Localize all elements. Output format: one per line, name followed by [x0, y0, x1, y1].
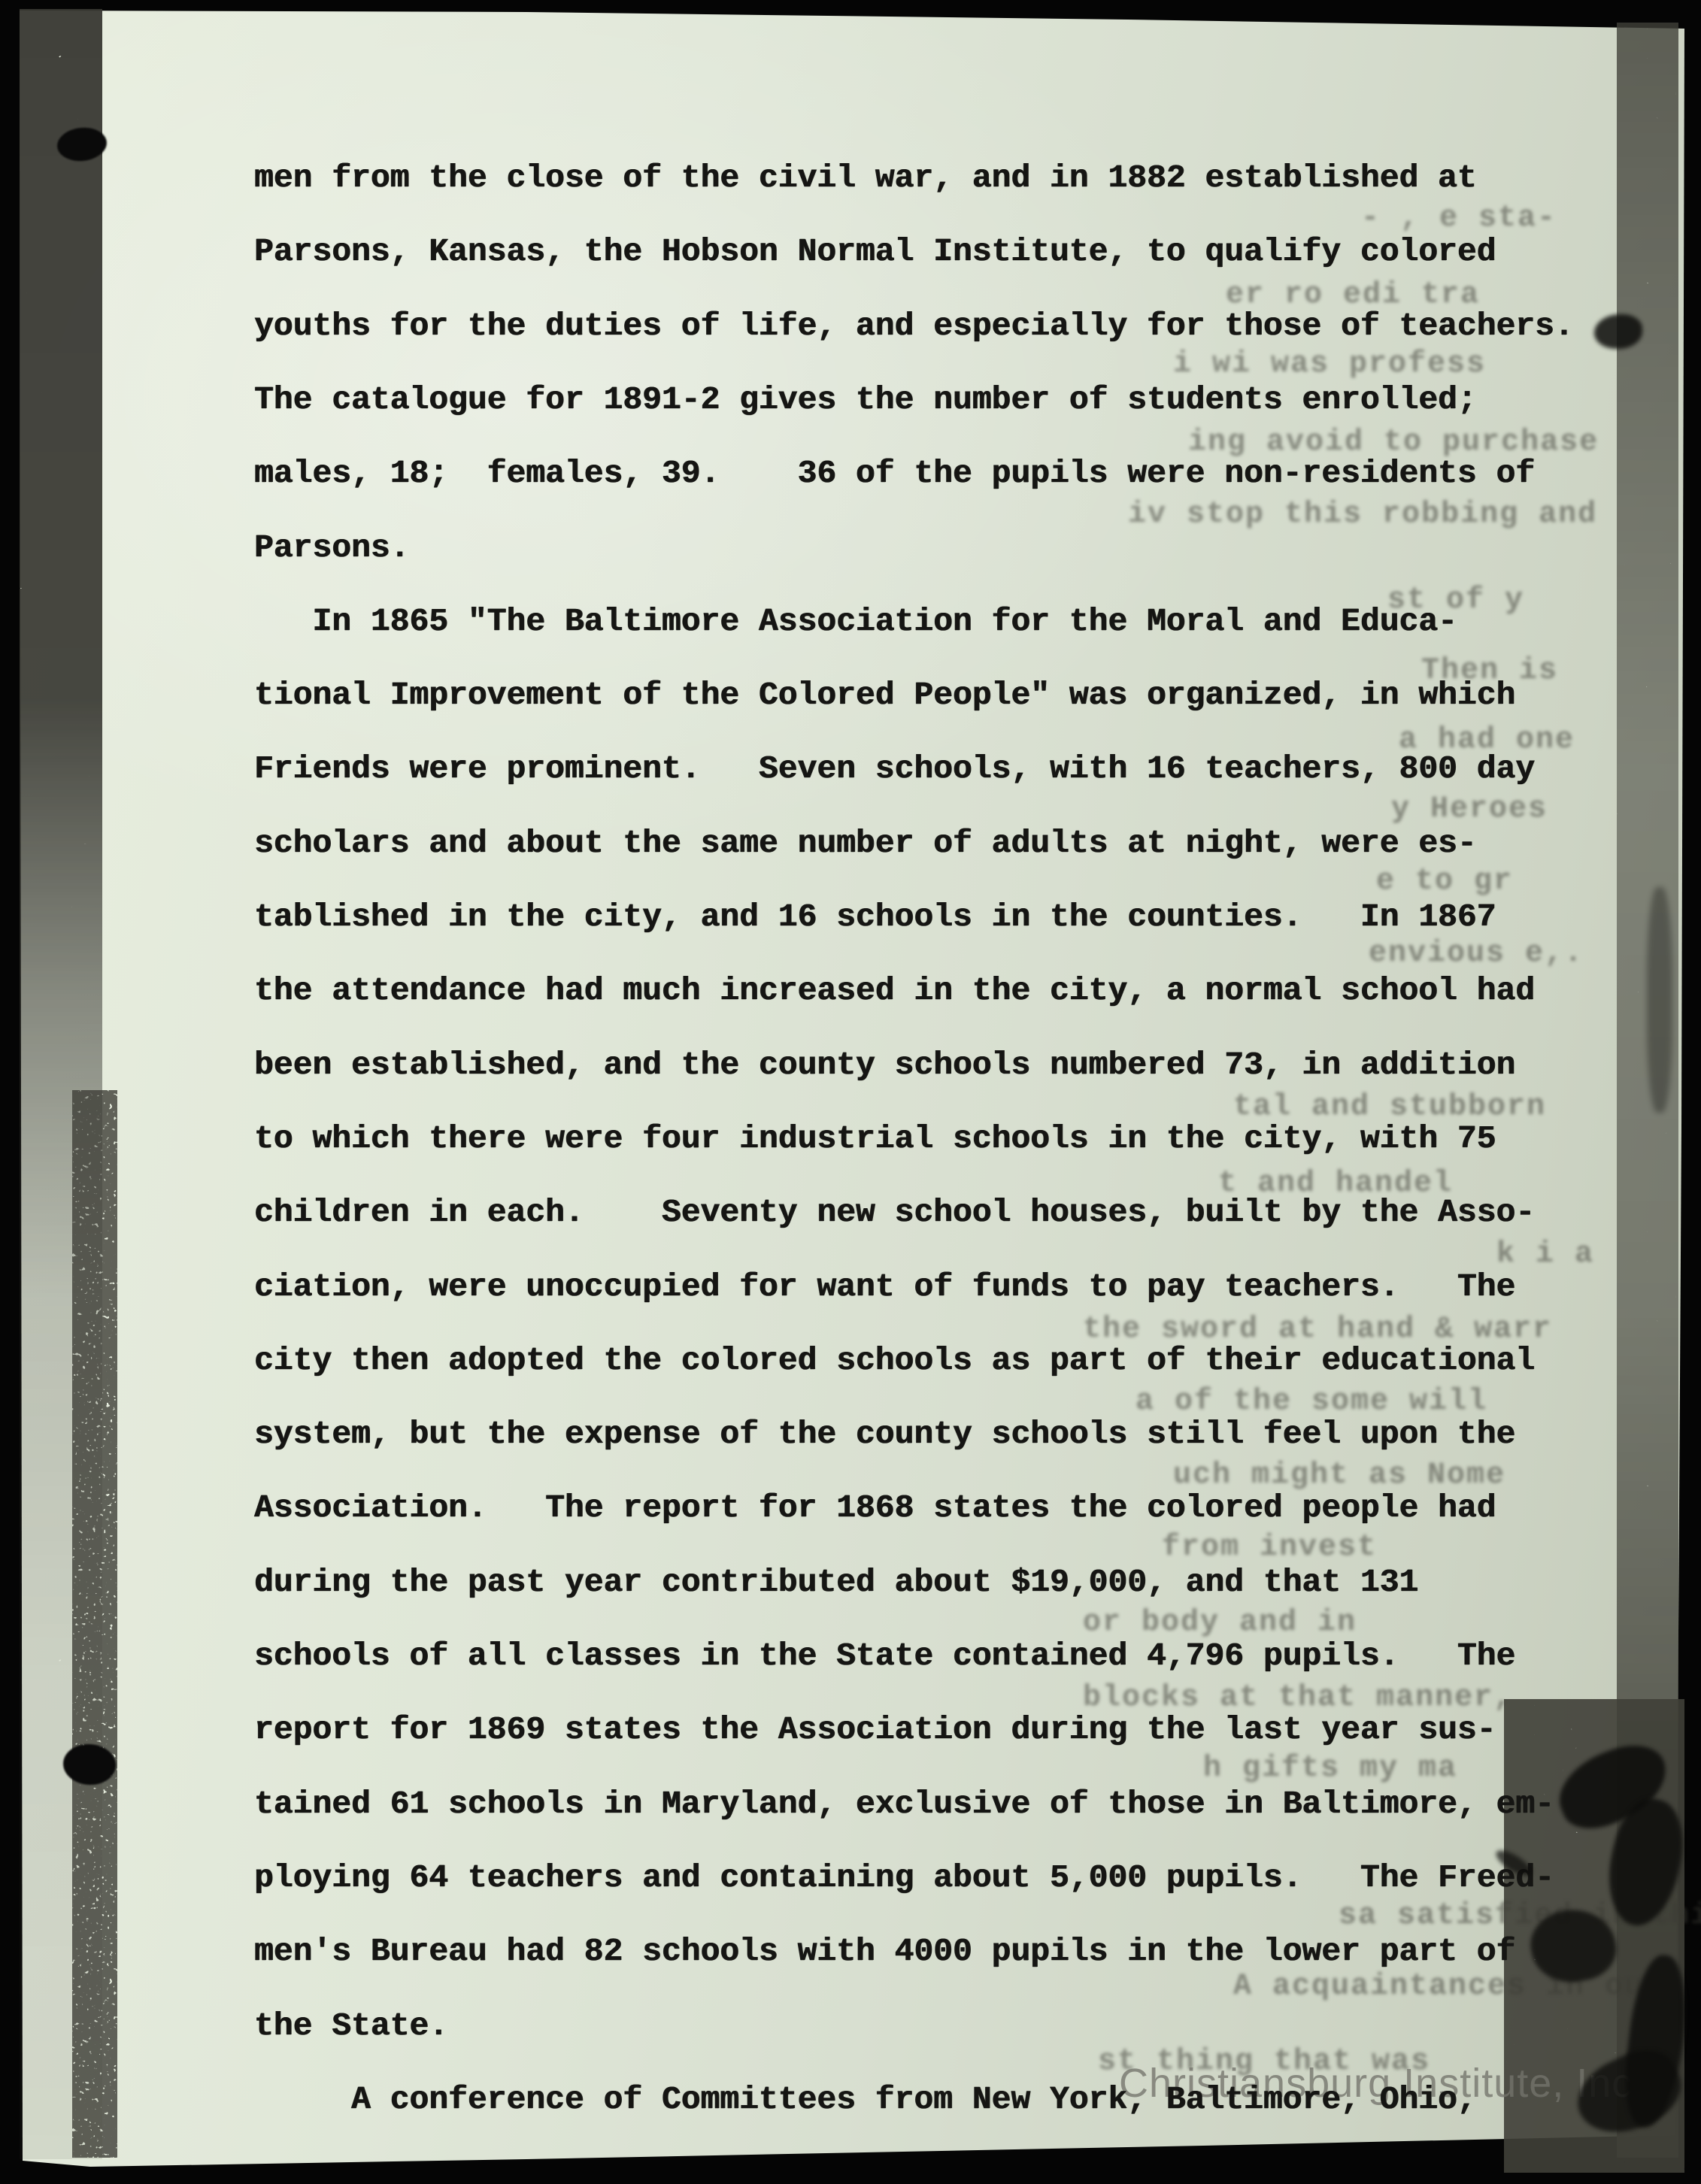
typed-text: men from the close of the civil war, and… — [0, 0, 1701, 2184]
text-line: during the past year contributed about $… — [254, 1566, 1418, 1598]
text-line: to which there were four industrial scho… — [254, 1122, 1496, 1155]
text-line: Association. The report for 1868 states … — [254, 1492, 1496, 1524]
ink-smudge — [1594, 314, 1642, 349]
text-line: children in each. Seventy new school hou… — [254, 1196, 1535, 1228]
text-line: ploying 64 teachers and containing about… — [254, 1861, 1554, 1894]
ink-smudge — [1647, 887, 1672, 1113]
text-line: A conference of Committees from New York… — [254, 2083, 1477, 2116]
text-line: men from the close of the civil war, and… — [254, 162, 1477, 194]
text-line: the attendance had much increased in the… — [254, 974, 1535, 1007]
text-line: report for 1869 states the Association d… — [254, 1713, 1496, 1746]
text-line: tional Improvement of the Colored People… — [254, 679, 1515, 711]
scanned-document-photo: { "colors": { "background": "#050505", "… — [0, 0, 1701, 2184]
text-line: Friends were prominent. Seven schools, w… — [254, 753, 1535, 785]
text-line: In 1865 "The Baltimore Association for t… — [254, 605, 1457, 638]
text-line: The catalogue for 1891-2 gives the numbe… — [254, 383, 1477, 416]
text-line: city then adopted the colored schools as… — [254, 1344, 1535, 1377]
text-line: ciation, were unoccupied for want of fun… — [254, 1271, 1515, 1303]
text-line: been established, and the county schools… — [254, 1049, 1515, 1081]
text-line: the State. — [254, 2010, 448, 2042]
text-line: system, but the expense of the county sc… — [254, 1418, 1515, 1450]
text-line: males, 18; females, 39. 36 of the pupils… — [254, 457, 1535, 489]
text-line: men's Bureau had 82 schools with 4000 pu… — [254, 1935, 1515, 1967]
text-line: Parsons. — [254, 532, 409, 564]
text-line: tablished in the city, and 16 schools in… — [254, 901, 1496, 933]
text-line: youths for the duties of life, and espec… — [254, 310, 1574, 342]
text-line: scholars and about the same number of ad… — [254, 827, 1477, 859]
text-line: Parsons, Kansas, the Hobson Normal Insti… — [254, 235, 1496, 268]
text-line: schools of all classes in the State cont… — [254, 1640, 1515, 1672]
text-line: tained 61 schools in Maryland, exclusive… — [254, 1788, 1554, 1820]
